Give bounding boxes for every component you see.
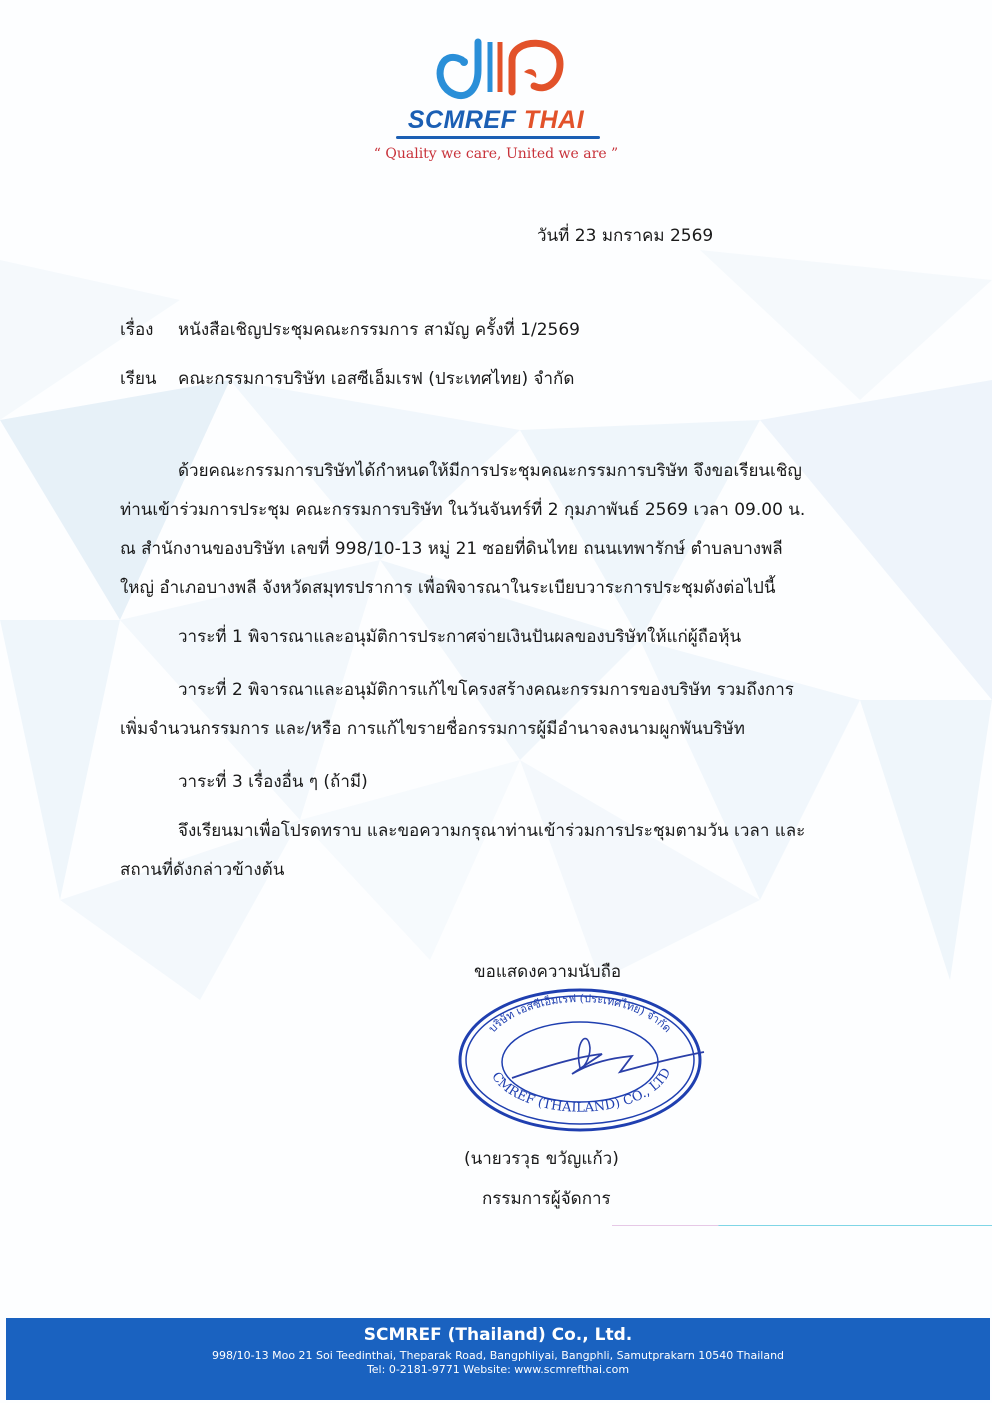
signer-position: กรรมการผู้จัดการ bbox=[482, 1189, 611, 1209]
decorative-rule bbox=[612, 1225, 992, 1226]
brand-underline bbox=[396, 136, 600, 139]
signature-scribble bbox=[512, 1052, 704, 1078]
brand-primary: SCMREF bbox=[408, 106, 517, 134]
intro-line: ด้วยคณะกรรมการบริษัทได้กำหนดให้มีการประช… bbox=[178, 461, 802, 481]
brand-wordmark: SCMREF THAI bbox=[0, 106, 992, 135]
letter-date: วันที่ 23 มกราคม 2569 bbox=[537, 226, 713, 246]
tagline: “ Quality we care, United we are ” bbox=[0, 146, 992, 162]
subject-value: หนังสือเชิญประชุมคณะกรรมการ สามัญ ครั้งท… bbox=[178, 320, 580, 340]
signer-name: (นายวรวุธ ขวัญแก้ว) bbox=[464, 1149, 619, 1169]
closing-salutation: ขอแสดงความนับถือ bbox=[474, 962, 621, 982]
intro-line: ท่านเข้าร่วมการประชุม คณะกรรมการบริษัท ใ… bbox=[120, 500, 805, 520]
footer-band: SCMREF (Thailand) Co., Ltd. 998/10-13 Mo… bbox=[6, 1318, 990, 1400]
agenda-item-2-continued: เพิ่มจำนวนกรรมการ และ/หรือ การแก้ไขรายชื… bbox=[120, 719, 745, 739]
footer-contact: Tel: 0-2181-9771 Website: www.scmrefthai… bbox=[6, 1363, 990, 1376]
subject-label: เรื่อง bbox=[120, 320, 153, 340]
intro-line: ใหญ่ อำเภอบางพลี จังหวัดสมุทรปราการ เพื่… bbox=[120, 578, 775, 598]
recipient-label: เรียน bbox=[120, 369, 157, 389]
scmref-logo-icon bbox=[420, 30, 600, 110]
agenda-item-1: วาระที่ 1 พิจารณาและอนุมัติการประกาศจ่าย… bbox=[178, 627, 741, 647]
svg-text:บริษัท เอสซีเอ็มเรฟ (ประเทศไทย: บริษัท เอสซีเอ็มเรฟ (ประเทศไทย) จำกัด bbox=[486, 992, 674, 1035]
conclusion-line: จึงเรียนมาเพื่อโปรดทราบ และขอความกรุณาท่… bbox=[178, 821, 805, 841]
recipient-value: คณะกรรมการบริษัท เอสซีเอ็มเรฟ (ประเทศไทย… bbox=[178, 369, 574, 389]
conclusion-line: สถานที่ดังกล่าวข้างต้น bbox=[120, 860, 284, 880]
company-seal-stamp: บริษัท เอสซีเอ็มเรฟ (ประเทศไทย) จำกัด SC… bbox=[452, 982, 708, 1132]
footer-address: 998/10-13 Moo 21 Soi Teedinthai, Thepara… bbox=[6, 1349, 990, 1362]
agenda-item-2: วาระที่ 2 พิจารณาและอนุมัติการแก้ไขโครงส… bbox=[178, 680, 794, 700]
intro-line: ณ สำนักงานของบริษัท เลขที่ 998/10-13 หมู… bbox=[120, 539, 783, 559]
agenda-item-3: วาระที่ 3 เรื่องอื่น ๆ (ถ้ามี) bbox=[178, 772, 368, 792]
brand-secondary: THAI bbox=[524, 106, 584, 134]
footer-company-name: SCMREF (Thailand) Co., Ltd. bbox=[6, 1325, 990, 1345]
